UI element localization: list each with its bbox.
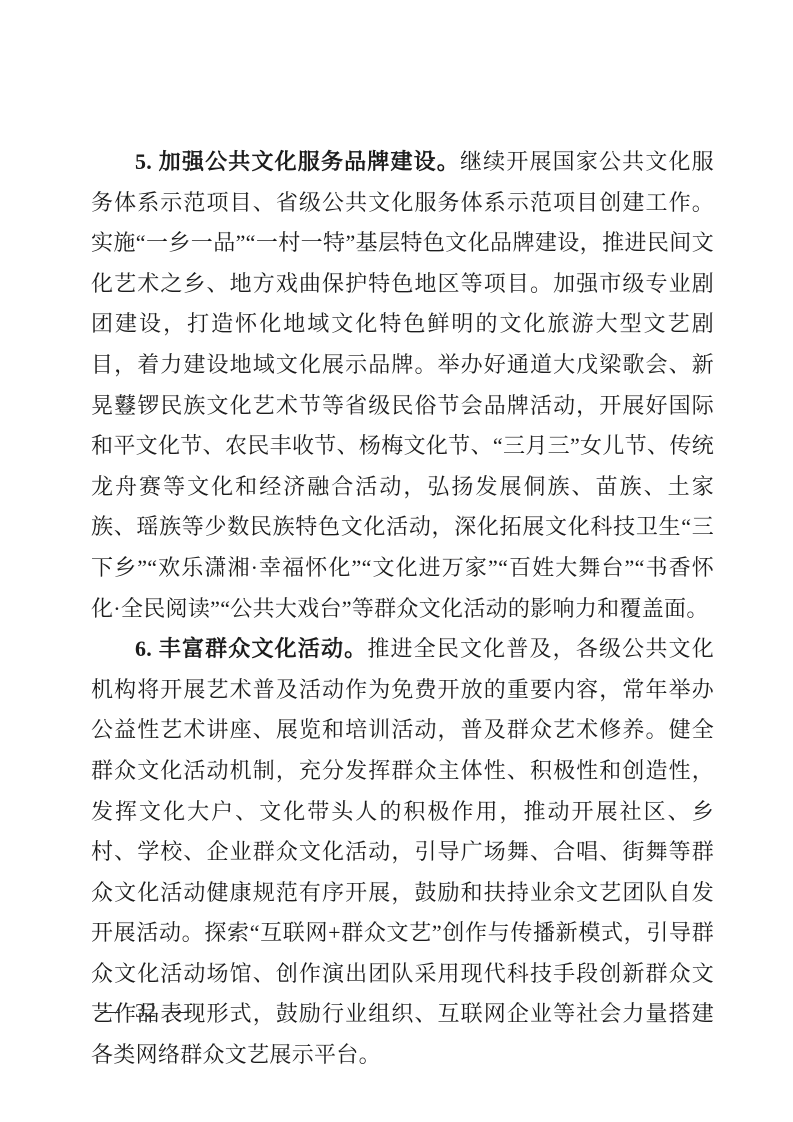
document-body: 5. 加强公共文化服务品牌建设。继续开展国家公共文化服务体系示范项目、省级公共文…: [91, 142, 714, 1076]
paragraph-5-heading: 5. 加强公共文化服务品牌建设。: [135, 149, 460, 174]
paragraph-6-heading: 6. 丰富群众文化活动。: [135, 636, 367, 661]
page-number: — 32 —: [100, 1000, 192, 1022]
document-page: 5. 加强公共文化服务品牌建设。继续开展国家公共文化服务体系示范项目、省级公共文…: [0, 0, 793, 1122]
paragraph-5: 5. 加强公共文化服务品牌建设。继续开展国家公共文化服务体系示范项目、省级公共文…: [91, 142, 714, 629]
paragraph-5-text: 继续开展国家公共文化服务体系示范项目、省级公共文化服务体系示范项目创建工作。实施…: [91, 149, 714, 621]
page-footer: — 32 —: [100, 1000, 192, 1023]
